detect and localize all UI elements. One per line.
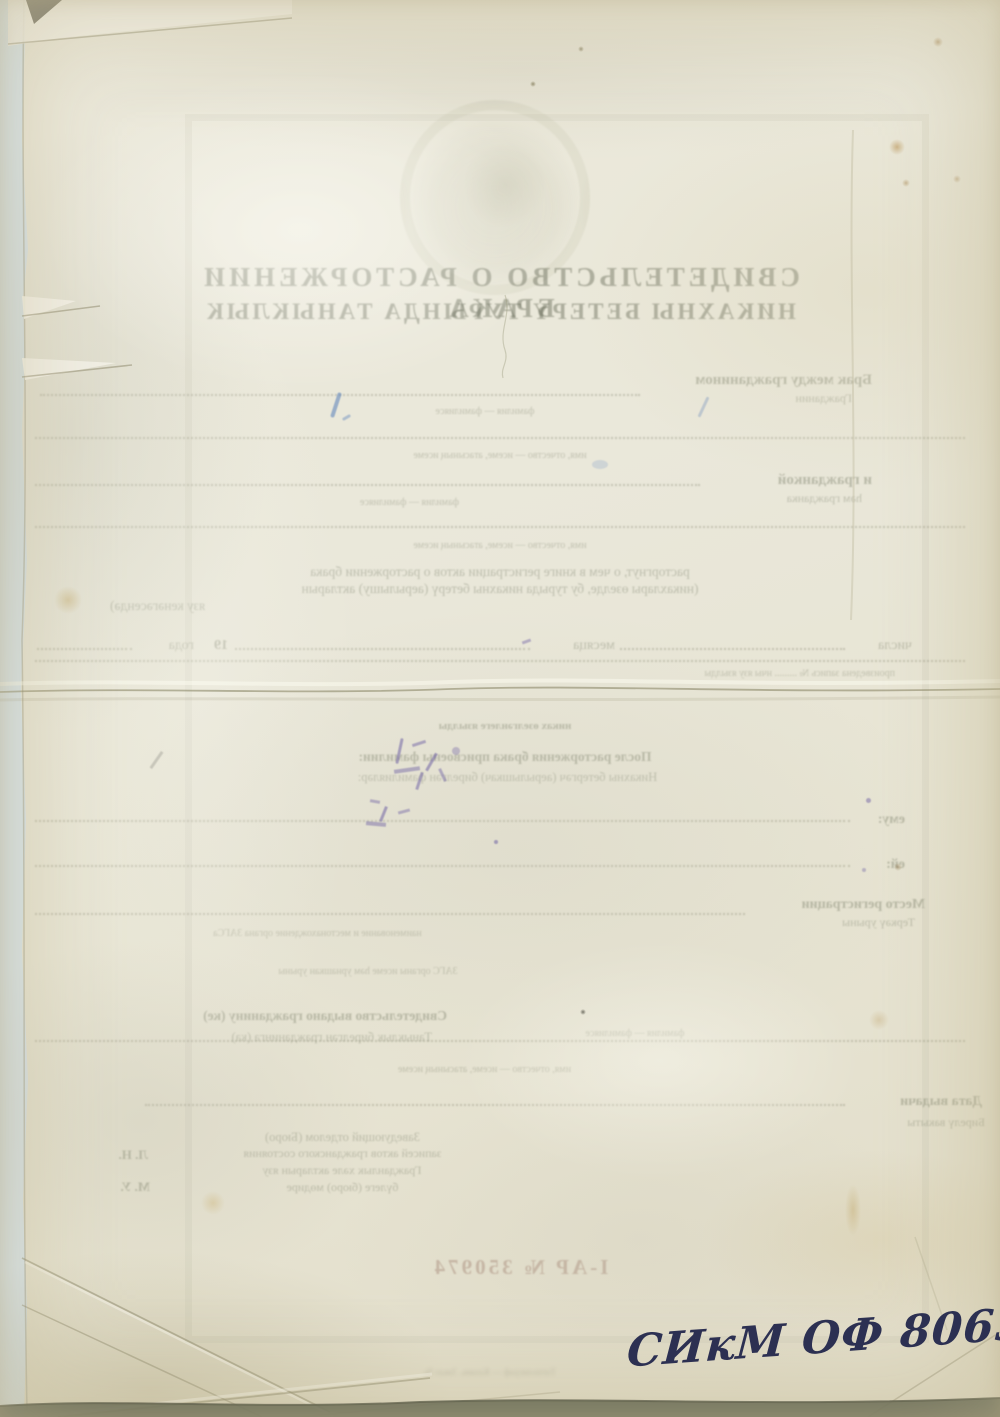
ink-dot-purple [862, 868, 866, 872]
ink-dot-purple [494, 840, 498, 844]
ink-smudge-blue [592, 460, 608, 469]
ink-dot-purple [452, 747, 460, 755]
scanned-document: СВИДЕТЕЛЬСТВО О РАСТОРЖЕНИИ БРАКА НИКАХН… [0, 0, 1000, 1417]
ink-dot-purple [866, 798, 871, 803]
front-border-showthrough [185, 114, 929, 1343]
